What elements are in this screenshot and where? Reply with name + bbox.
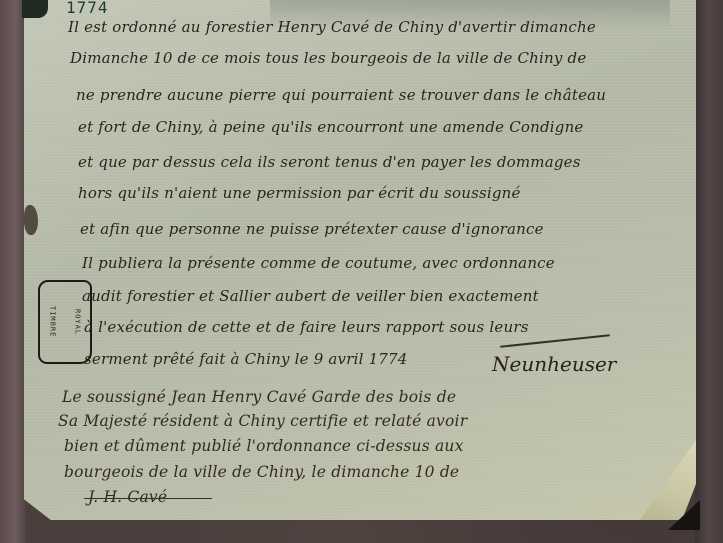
text-line: et fort de Chiny, à peine qu'ils encourr…: [78, 118, 584, 136]
reference-number: 1774: [66, 0, 109, 17]
cert-signature: J. H. Cavé: [88, 488, 167, 506]
stamp-text: TIMBRE: [49, 306, 57, 337]
text-line: serment prêté fait à Chiny le 9 avril 17…: [84, 350, 408, 368]
stamp-text: ROYAL: [74, 309, 82, 335]
text-line: et afin que personne ne puisse prétexter…: [80, 220, 544, 238]
text-line: à l'exécution de cette et de faire leurs…: [84, 318, 529, 336]
backdrop-left: [0, 0, 26, 543]
text-line: ne prendre aucune pierre qui pourraient …: [76, 86, 606, 104]
signature: Neunheuser: [492, 352, 616, 376]
signature-underline: [84, 498, 212, 499]
text-line: Il est ordonné au forestier Henry Cavé d…: [68, 18, 596, 36]
binding-tab: [22, 0, 48, 18]
backdrop-right: [695, 0, 723, 543]
cert-line: bien et dûment publié l'ordonnance ci-de…: [64, 437, 464, 455]
text-line: et que par dessus cela ils seront tenus …: [78, 153, 581, 171]
cert-line: Sa Majesté résident à Chiny certifie et …: [58, 412, 467, 430]
tax-stamp: TIMBRE ROYAL: [38, 280, 92, 364]
text-line: Dimanche 10 de ce mois tous les bourgeoi…: [70, 49, 586, 67]
text-line: Il publiera la présente comme de coutume…: [82, 254, 555, 272]
text-line: audit forestier et Sallier aubert de vei…: [82, 287, 539, 305]
cert-line: Le soussigné Jean Henry Cavé Garde des b…: [62, 388, 456, 406]
cert-line: bourgeois de la ville de Chiny, le diman…: [64, 463, 459, 481]
text-line: hors qu'ils n'aient une permission par é…: [78, 184, 521, 202]
ink-blot: [24, 205, 38, 235]
